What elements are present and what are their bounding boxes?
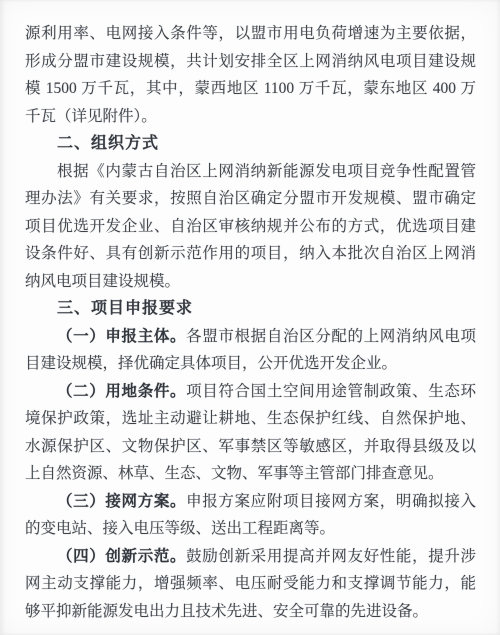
clause-lead-1: （一）申报主体。 — [57, 328, 186, 345]
body-line: 境保护政策，选址主动避让耕地、生态保护红线、自然保护地、 — [25, 405, 476, 433]
body-line: 项目优选开发企业、自治区审核纳规并公布的方式，优选项目建 — [25, 213, 476, 241]
clause-line-3: （三）接网方案。申报方案应附项目接网方案，明确拟接入 — [25, 488, 476, 516]
clause-text: 申报方案应附项目接网方案，明确拟接入 — [186, 493, 476, 510]
body-line: 源利用率、电网接入条件等，以盟市用电负荷增速为主要依据， — [25, 20, 476, 48]
body-line: 形成分盟市建设规模，共计划安排全区上网消纳风电项目建设规 — [25, 48, 476, 76]
clause-line-1: （一）申报主体。各盟市根据自治区分配的上网消纳风电项 — [25, 323, 476, 351]
body-line: 够平抑新能源发电出力且技术先进、安全可靠的先进设备。 — [25, 598, 476, 626]
body-line: 理办法》有关要求，按照自治区确定分盟市开发规模、盟市确定 — [25, 185, 476, 213]
clause-text: 各盟市根据自治区分配的上网消纳风电项 — [186, 328, 476, 345]
body-line: 模 1500 万千瓦，其中，蒙西地区 1100 万千瓦，蒙东地区 400 万 — [25, 75, 476, 103]
clause-lead-2: （二）用地条件。 — [57, 383, 186, 400]
body-line: 目建设规模，择优确定具体项目，公开优选开发企业。 — [25, 350, 476, 378]
body-line: 的变电站、接入电压等级、送出工程距离等。 — [25, 515, 476, 543]
section-heading-2: 二、组织方式 — [25, 130, 476, 158]
section-heading-3: 三、项目申报要求 — [25, 295, 476, 323]
body-line: 设条件好、具有创新示范作用的项目，纳入本批次自治区上网消 — [25, 240, 476, 268]
body-line: 根据《内蒙古自治区上网消纳新能源发电项目竞争性配置管 — [25, 158, 476, 186]
document-page: 源利用率、电网接入条件等，以盟市用电负荷增速为主要依据， 形成分盟市建设规模，共… — [0, 0, 500, 635]
clause-line-4: （四）创新示范。鼓励创新采用提高并网友好性能，提升涉 — [25, 543, 476, 571]
clause-lead-3: （三）接网方案。 — [57, 493, 186, 510]
body-line: 上自然资源、林草、生态、文物、军事等主管部门排查意见。 — [25, 460, 476, 488]
clause-text: 鼓励创新采用提高并网友好性能，提升涉 — [186, 548, 476, 565]
body-line: 纳风电项目建设规模。 — [25, 268, 476, 296]
body-line: 千瓦（详见附件）。 — [25, 103, 476, 131]
clause-line-2: （二）用地条件。项目符合国土空间用途管制政策、生态环 — [25, 378, 476, 406]
clause-lead-4: （四）创新示范。 — [57, 548, 186, 565]
body-line: 水源保护区、文物保护区、军事禁区等敏感区，并取得县级及以 — [25, 433, 476, 461]
clause-text: 项目符合国土空间用途管制政策、生态环 — [186, 383, 476, 400]
body-line: 网主动支撑能力，增强频率、电压耐受能力和支撑调节能力，能 — [25, 570, 476, 598]
